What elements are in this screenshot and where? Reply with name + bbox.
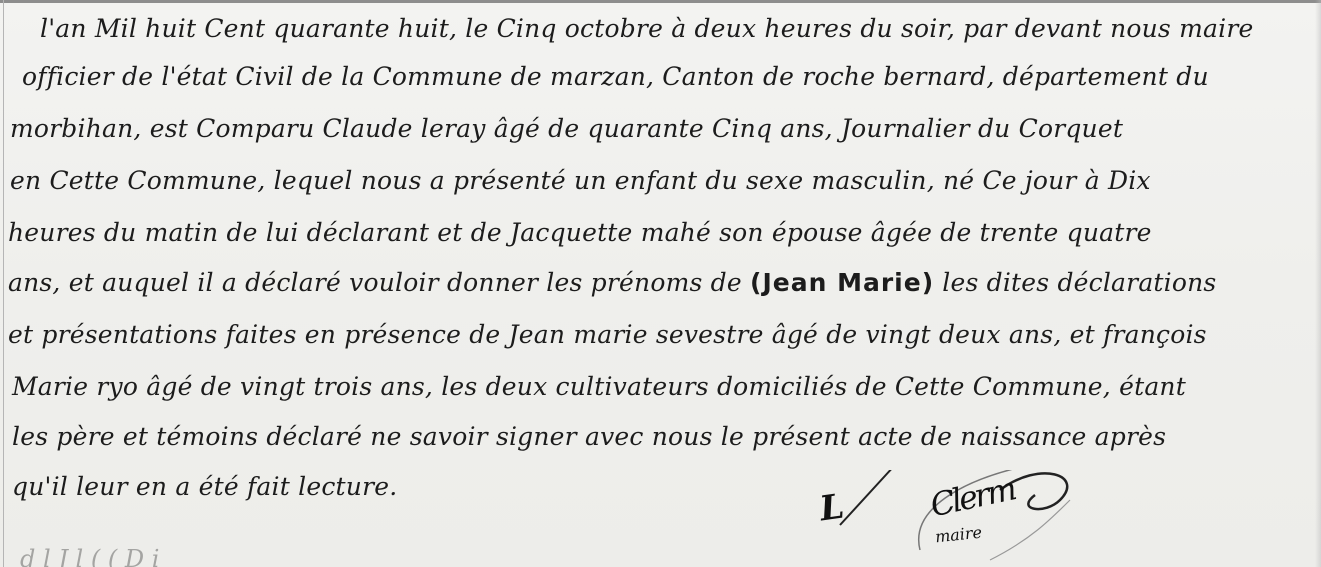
child-given-names: (Jean Marie) xyxy=(750,268,934,297)
page-top-border xyxy=(0,0,1321,3)
record-line-10: qu'il leur en a été fait lecture. xyxy=(12,472,397,501)
record-line-3: morbihan, est Comparu Claude leray âgé d… xyxy=(10,114,1123,143)
page-right-edge xyxy=(1315,0,1321,567)
scanned-register-page: l'an Mil huit Cent quarante huit, le Cin… xyxy=(0,0,1321,567)
record-line-4: en Cette Commune, lequel nous a présenté… xyxy=(10,166,1151,195)
record-line-6: ans, et auquel il a déclaré vouloir donn… xyxy=(8,268,1216,297)
record-line-5: heures du matin de lui déclarant et de J… xyxy=(8,218,1152,247)
record-line-7: et présentations faites en présence de J… xyxy=(8,320,1207,349)
record-line-6-text: ans, et auquel il a déclaré vouloir donn… xyxy=(8,268,742,297)
record-line-6-tail: les dites déclarations xyxy=(942,268,1216,297)
mayor-signature: L Clerm maire xyxy=(800,470,1100,567)
record-line-2: officier de l'état Civil de la Commune d… xyxy=(22,62,1209,91)
next-record-partial-line: d l J l ( ( D i xyxy=(20,545,159,567)
record-line-1: l'an Mil huit Cent quarante huit, le Cin… xyxy=(40,14,1253,43)
page-left-border xyxy=(3,0,4,567)
record-line-8: Marie ryo âgé de vingt trois ans, les de… xyxy=(12,372,1186,401)
record-line-9: les père et témoins déclaré ne savoir si… xyxy=(12,422,1166,451)
